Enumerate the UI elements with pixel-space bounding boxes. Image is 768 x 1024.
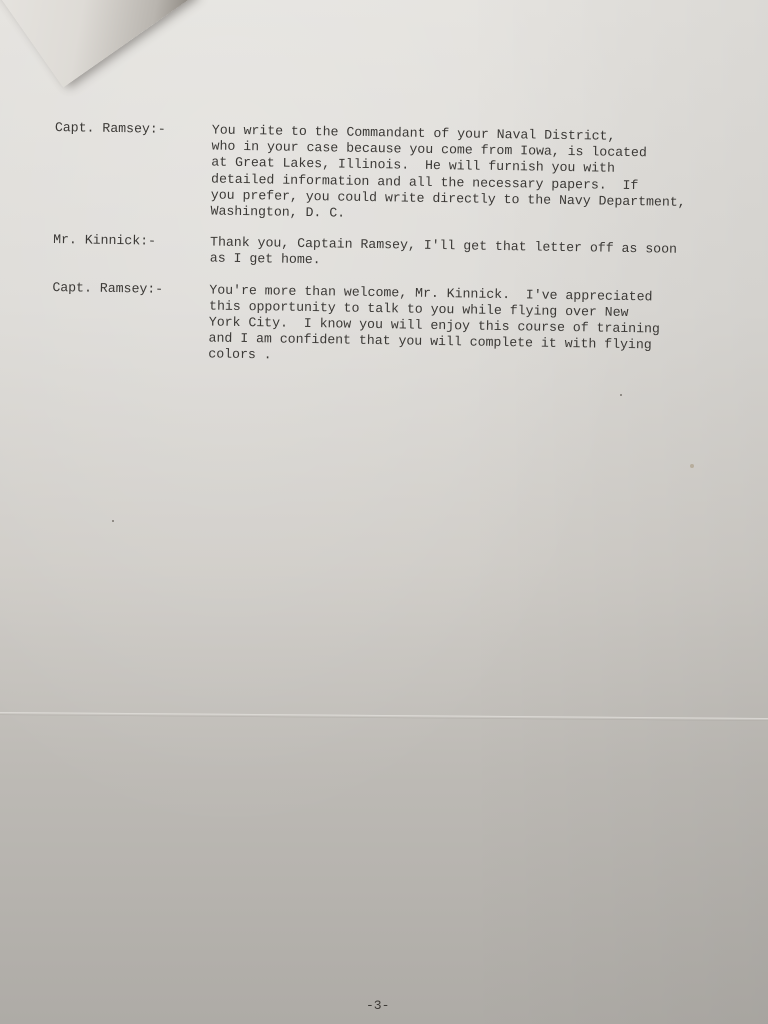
speaker-label: Capt. Ramsey:- [51,280,209,363]
speech-text: You're more than welcome, Mr. Kinnick. I… [208,282,742,371]
dialogue-entry: Mr. Kinnick:- Thank you, Captain Ramsey,… [53,232,743,275]
speech-text: Thank you, Captain Ramsey, I'll get that… [210,235,743,276]
speech-text: You write to the Commandant of your Nava… [210,122,744,228]
speaker-label: Mr. Kinnick:- [53,232,210,267]
speaker-label: Capt. Ramsey:- [53,120,212,220]
paper-stain [690,464,694,468]
dialogue-transcript: Capt. Ramsey:- You write to the Commanda… [51,120,745,386]
curled-page-corner [0,0,194,87]
paper-speck [112,520,114,522]
paper-fold-line [0,712,768,721]
dialogue-entry: Capt. Ramsey:- You're more than welcome,… [51,280,742,372]
document-page: Capt. Ramsey:- You write to the Commanda… [0,0,768,1024]
page-number: -3- [366,998,389,1013]
paper-speck [620,394,622,396]
dialogue-entry: Capt. Ramsey:- You write to the Commanda… [53,120,744,228]
